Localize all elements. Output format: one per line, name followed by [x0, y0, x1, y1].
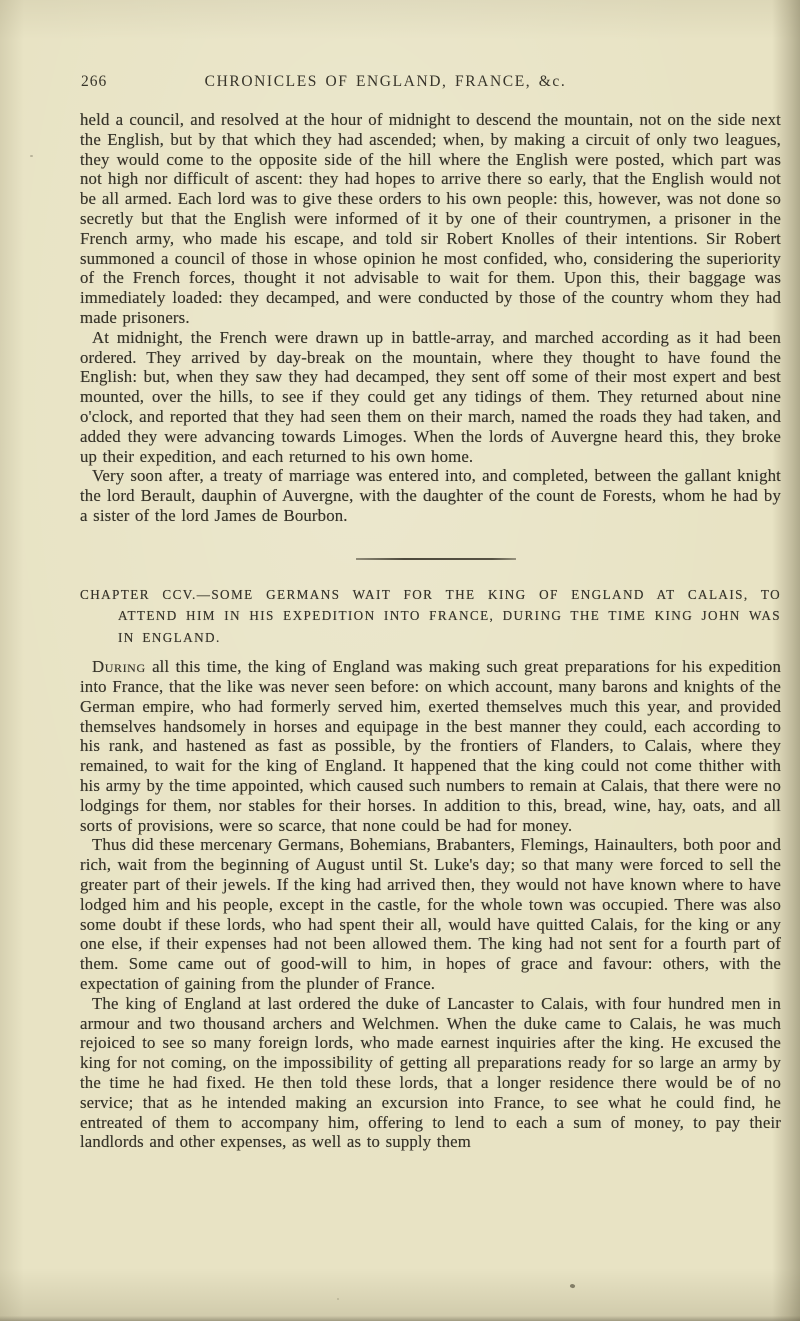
- chapter-lead-word: During: [92, 657, 146, 676]
- paragraph-continuation: held a council, and resolved at the hour…: [80, 110, 781, 328]
- chapter-lead-paragraph-text: all this time, the king of England was m…: [80, 657, 781, 834]
- paragraph-marriage-treaty: Very soon after, a treaty of marriage wa…: [80, 466, 781, 525]
- paragraph-chapter-lead: During all this time, the king of Englan…: [80, 657, 781, 835]
- ink-speck: [30, 155, 33, 157]
- section-end-text: held a council, and resolved at the hour…: [80, 110, 781, 526]
- chapter-body-text: During all this time, the king of Englan…: [80, 657, 781, 1152]
- chapter-heading: CHAPTER CCV.—SOME GERMANS WAIT FOR THE K…: [80, 584, 781, 649]
- book-page: 266 CHRONICLES OF ENGLAND, FRANCE, &c. h…: [0, 0, 800, 1321]
- running-head: 266 CHRONICLES OF ENGLAND, FRANCE, &c.: [80, 73, 781, 93]
- page-content: 266 CHRONICLES OF ENGLAND, FRANCE, &c. h…: [80, 73, 781, 1152]
- paragraph-duke-of-lancaster: The king of England at last ordered the …: [80, 994, 781, 1152]
- ink-speck: [337, 1298, 339, 1300]
- page-number: 266: [81, 73, 107, 91]
- paragraph-at-midnight: At midnight, the French were drawn up in…: [80, 328, 781, 467]
- paragraph-mercenaries-wait: Thus did these mercenary Germans, Bohemi…: [80, 835, 781, 993]
- section-divider-rule: [356, 558, 516, 560]
- ink-speck: [569, 1283, 575, 1289]
- running-title: CHRONICLES OF ENGLAND, FRANCE, &c.: [80, 73, 691, 91]
